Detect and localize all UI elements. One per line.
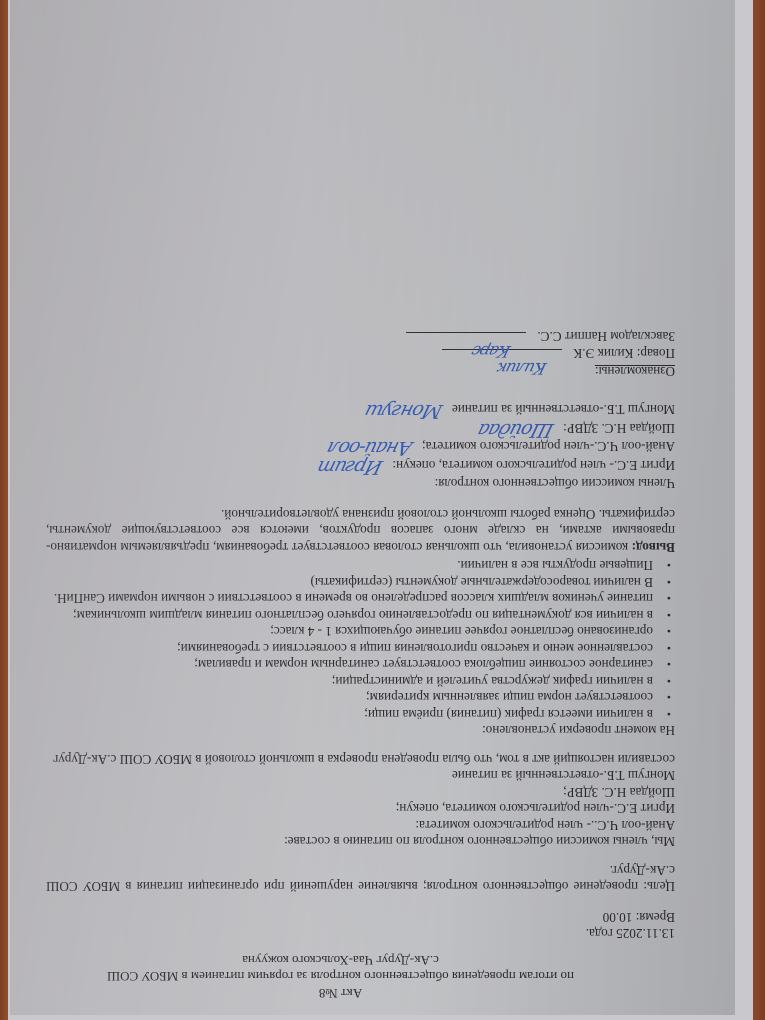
signature-mark: Шойдаа — [477, 422, 555, 439]
signature-mark: Анай-оол — [326, 440, 414, 457]
acknowledged-title: Ознакомлены: — [46, 363, 675, 380]
member-row: Шойдаа Н.С. ЗДВР:Шойдаа — [46, 420, 675, 439]
finding-item: Пищевые продукты все в наличии. — [46, 557, 653, 574]
member-text: Монгуш Т.Б.-ответственный за питание — [452, 403, 675, 418]
member-text: Шойдаа Н.С. ЗДВР: — [563, 421, 675, 436]
photo-scene: Акт №8 по итогам проведения общественног… — [0, 0, 765, 1020]
composition-item: Монгуш Т.Б.-ответственный за питание — [46, 767, 675, 784]
signature-mark: Карс — [471, 343, 513, 360]
document-subtitle-line2: с.Ак-Дуруг Чаа-Хольского кожууна — [46, 952, 635, 969]
signature-line: Карс — [406, 332, 526, 345]
document-title: Акт №8 — [46, 985, 635, 1002]
member-text: Иргит Е.С.- член родительского комитета,… — [392, 458, 675, 473]
finding-item: в наличии имеется график (питания) приём… — [46, 706, 653, 723]
finding-item: в наличии вся документация по предоставл… — [46, 607, 653, 624]
composition-item: Иргит Е.С.-член родительского комитета, … — [46, 800, 675, 817]
conclusion-paragraph: Вывод: комиссия установила, что школьная… — [46, 506, 675, 556]
signature-mark: Килик — [496, 360, 548, 377]
document-content: Акт №8 по итогам проведения общественног… — [46, 328, 675, 1002]
findings-list: в наличии имеется график (питания) приём… — [46, 557, 675, 722]
composition-item: Шойдаа Н.С. ЗДВР; — [46, 784, 675, 801]
acknowledged-block: Ознакомлены: Повар: Килик Э.К Килик Завс… — [46, 328, 675, 380]
intro-text: Мы, члены комиссии общественного контрол… — [46, 833, 675, 850]
finding-item: В наличии товаросодержательные документы… — [46, 574, 653, 591]
composition-item: Анай-оол Ч.С..- член родительского комит… — [46, 817, 675, 834]
finding-item: соответствует норма пищи заявленным крит… — [46, 689, 653, 706]
date-block: 13.11.2025 года. Время: 10.00 — [46, 909, 675, 942]
composition-block: Мы, члены комиссии общественного контрол… — [46, 751, 675, 850]
member-row: Анай-оол Ч.С.-член родительского комитет… — [46, 438, 675, 457]
findings-title: На момент проверки установлено: — [46, 722, 675, 739]
finding-item: составленное меню и качество приготовлен… — [46, 640, 653, 657]
statement-text: составили настоящий акт в том, что была … — [46, 751, 675, 768]
title-block: Акт №8 по итогам проведения общественног… — [46, 952, 675, 1002]
member-row: Монгуш Т.Б.-ответственный за питаниеМонг… — [46, 401, 675, 420]
member-text: Анай-оол Ч.С.-член родительского комитет… — [422, 440, 675, 455]
signature-mark: Иргит — [317, 459, 385, 476]
finding-item: санитарное состояние пищеблока соответст… — [46, 656, 653, 673]
document-subtitle-line1: по итогам проведения общественного контр… — [46, 968, 635, 985]
finding-item: в наличии график дежурства учителей и ад… — [46, 673, 653, 690]
acknowledged-text: Повар: Килик Э.К — [573, 347, 675, 362]
acknowledged-row: Повар: Килик Э.К Килик — [46, 345, 675, 363]
document-page: Акт №8 по итогам проведения общественног… — [10, 0, 735, 1015]
member-row: Иргит Е.С.- член родительского комитета,… — [46, 457, 675, 476]
finding-item: организовано бесплатное горячее питание … — [46, 623, 653, 640]
document-time: Время: 10.00 — [46, 909, 675, 926]
document-date: 13.11.2025 года. — [46, 925, 675, 942]
signature-mark: Монгуш — [364, 403, 444, 420]
conclusion-label: Вывод: — [632, 540, 675, 555]
acknowledged-row: Завскладом Наппит С.С. Карс — [46, 328, 675, 346]
acknowledged-text: Завскладом Наппит С.С. — [537, 329, 675, 344]
members-block: Члены комиссии общественного контроля: И… — [46, 401, 675, 492]
conclusion-text: комиссия установила, что школьная столов… — [46, 507, 675, 555]
finding-item: питание учеников младших классов распред… — [46, 590, 653, 607]
purpose-paragraph: Цель: проведение общественного контроля;… — [46, 862, 675, 895]
